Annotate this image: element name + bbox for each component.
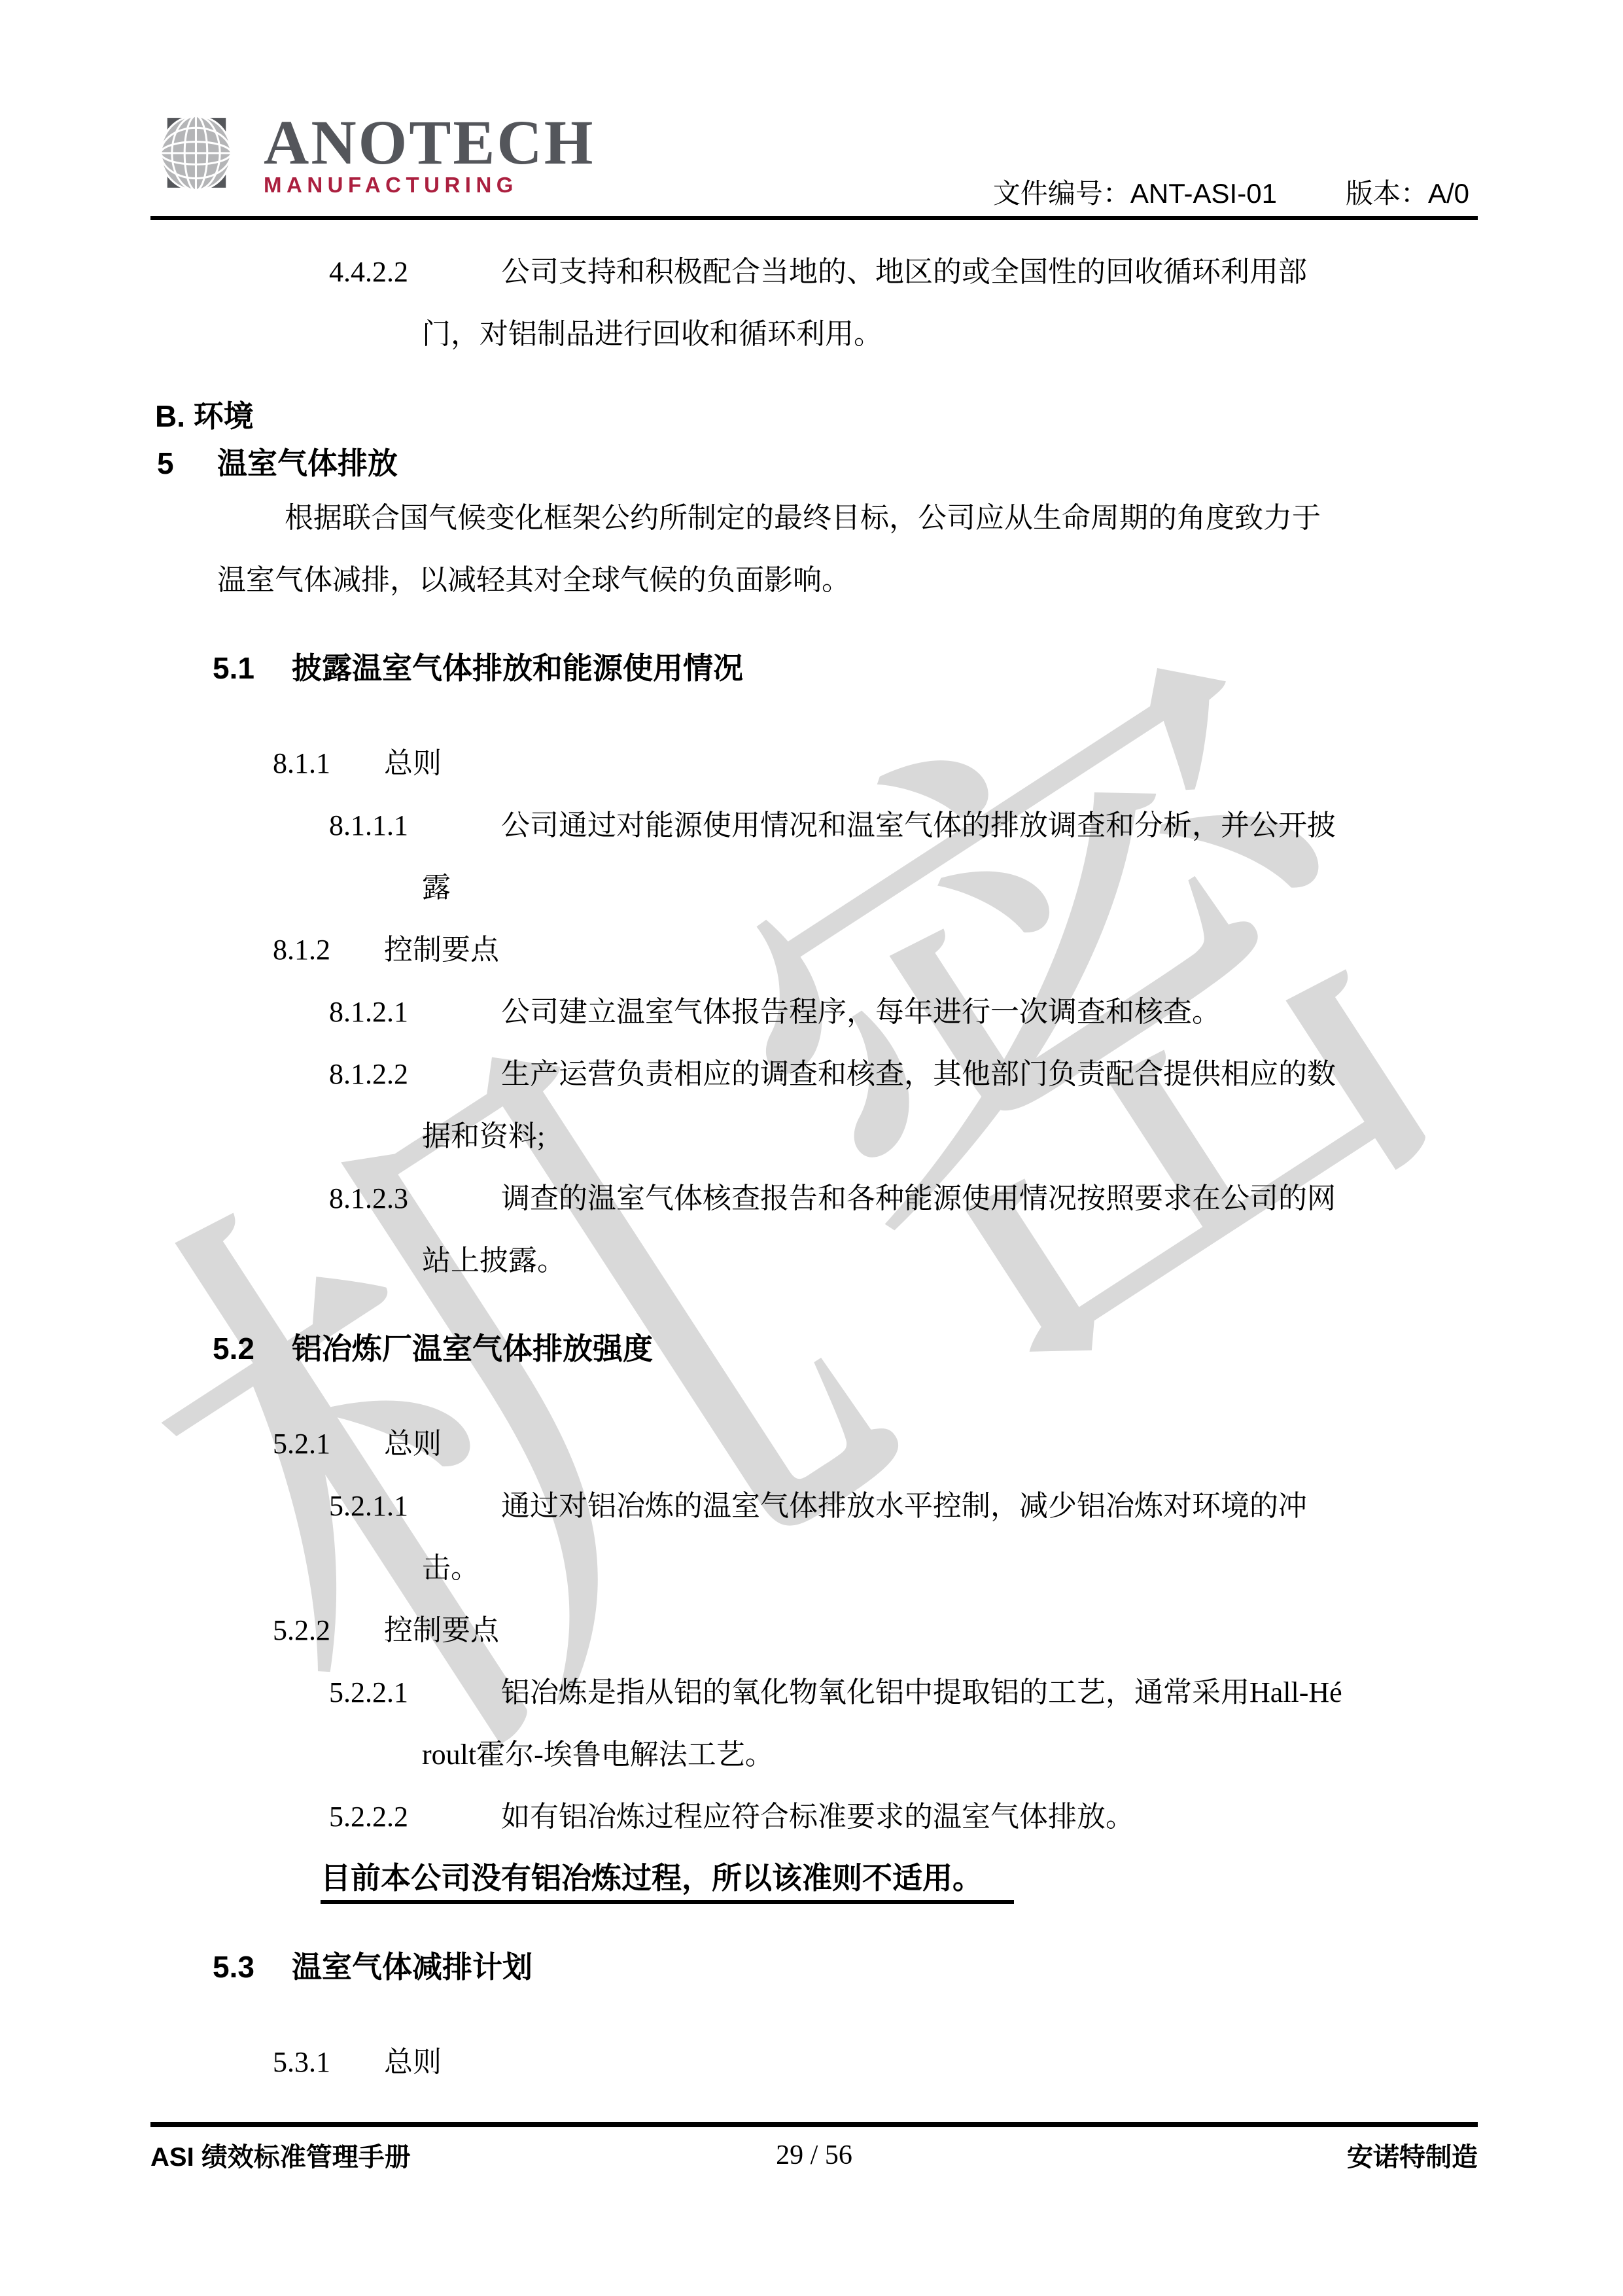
clause-continuation: 击。 [155, 1537, 1476, 1599]
clause-text: 站上披露。 [422, 1245, 566, 1277]
header-rule [150, 216, 1478, 220]
note-text: 目前本公司没有铝冶炼过程，所以该准则不适用。 [321, 1858, 1014, 1904]
doc-number-value: ANT-ASI-01 [1130, 178, 1277, 209]
clause-number: 8.1.2 [273, 919, 384, 981]
clause-number: 5.2.2.2 [329, 1786, 501, 1848]
chapter-number: 5 [157, 440, 217, 487]
clause-number: 8.1.1.1 [329, 794, 501, 857]
clause-text: 通过对铝冶炼的温室气体排放水平控制，减少铝冶炼对环境的冲 [501, 1490, 1307, 1522]
clause-number: 4.4.2.2 [329, 241, 501, 303]
paragraph-text: 温室气体减排，以减轻其对全球气候的负面影响。 [217, 564, 850, 596]
doc-number-label: 文件编号： [993, 178, 1130, 209]
clause-line: 8.1.1.1公司通过对能源使用情况和温室气体的排放调查和分析，并公开披 [155, 794, 1476, 857]
clause-text: 据和资料; [422, 1120, 545, 1152]
page-header: ANOTECH MANUFACTURING 文件编号：ANT-ASI-01版本：… [155, 115, 1476, 198]
clause-number: 5.2.2.1 [329, 1661, 501, 1723]
chapter-heading: 5温室气体排放 [155, 440, 1476, 487]
clause-text: 生产运营负责相应的调查和核查，其他部门负责配合提供相应的数 [501, 1058, 1336, 1090]
clause-text: 总则 [384, 1428, 442, 1460]
clause-number: 5.2.1.1 [329, 1475, 501, 1537]
clause-number: 5.2.1 [273, 1413, 384, 1475]
clause-line: 4.4.2.2公司支持和积极配合当地的、地区的或全国性的回收循环利用部 [155, 241, 1476, 303]
not-applicable-note: 目前本公司没有铝冶炼过程，所以该准则不适用。 [155, 1848, 1476, 1910]
clause-line: 8.1.2.2生产运营负责相应的调查和核查，其他部门负责配合提供相应的数 [155, 1043, 1476, 1105]
clause-text: 公司支持和积极配合当地的、地区的或全国性的回收循环利用部 [501, 256, 1307, 288]
footer-company-name: 安诺特制造 [1347, 2136, 1478, 2174]
clause-number: 8.1.2.1 [329, 981, 501, 1043]
clause-text: 门，对铝制品进行回收和循环利用。 [422, 318, 882, 350]
clause-text: 总则 [384, 2046, 442, 2078]
clause-line: 5.2.2.1铝冶炼是指从铝的氧化物氧化铝中提取铝的工艺，通常采用Hall-Hé [155, 1661, 1476, 1723]
heading-text: 披露温室气体排放和能源使用情况 [292, 651, 743, 685]
paragraph-line: 根据联合国气候变化框架公约所制定的最终目标，公司应从生命周期的角度致力于 [155, 487, 1476, 549]
clause-text: 公司通过对能源使用情况和温室气体的排放调查和分析，并公开披 [501, 809, 1336, 841]
document-page: 机密 ANOTECH MANUFACTURING [0, 0, 1623, 2296]
clause-number: 8.1.2.3 [329, 1167, 501, 1229]
heading-text: 铝冶炼厂温室气体排放强度 [292, 1332, 653, 1366]
clause-line: 5.2.2控制要点 [155, 1599, 1476, 1661]
document-body: 4.4.2.2公司支持和积极配合当地的、地区的或全国性的回收循环利用部 门，对铝… [155, 241, 1476, 2093]
subsection-number: 5.3 [213, 1936, 292, 1998]
clause-text: 如有铝冶炼过程应符合标准要求的温室气体排放。 [501, 1801, 1134, 1833]
clause-line: 5.2.2.2如有铝冶炼过程应符合标准要求的温室气体排放。 [155, 1786, 1476, 1848]
clause-line: 5.3.1总则 [155, 2031, 1476, 2093]
clause-text: 控制要点 [384, 934, 499, 966]
clause-number: 5.2.2 [273, 1599, 384, 1661]
clause-line: 8.1.1总则 [155, 732, 1476, 794]
logo-brand-text: ANOTECH [264, 115, 595, 171]
logo-wordmark: ANOTECH MANUFACTURING [264, 115, 595, 198]
paragraph-text: 根据联合国气候变化框架公约所制定的最终目标，公司应从生命周期的角度致力于 [285, 502, 1321, 534]
heading-text: 温室气体排放 [217, 446, 398, 480]
subsection-heading: 5.1披露温室气体排放和能源使用情况 [155, 637, 1476, 699]
clause-continuation: roult霍尔-埃鲁电解法工艺。 [155, 1723, 1476, 1786]
clause-text: 露 [422, 872, 451, 904]
clause-continuation: 据和资料; [155, 1105, 1476, 1167]
subsection-number: 5.1 [213, 637, 292, 699]
logo-subtitle-text: MANUFACTURING [264, 172, 595, 198]
clause-text: 公司建立温室气体报告程序，每年进行一次调查和核查。 [501, 996, 1221, 1028]
document-meta: 文件编号：ANT-ASI-01版本：A/0 [993, 172, 1469, 211]
clause-text: 控制要点 [384, 1614, 499, 1646]
clause-line: 5.2.1总则 [155, 1413, 1476, 1475]
subsection-heading: 5.2铝冶炼厂温室气体排放强度 [155, 1318, 1476, 1380]
clause-text: 总则 [384, 747, 442, 779]
clause-continuation: 露 [155, 857, 1476, 919]
version-label: 版本： [1346, 178, 1428, 209]
heading-text: 温室气体减排计划 [292, 1950, 532, 1984]
clause-continuation: 站上披露。 [155, 1229, 1476, 1292]
clause-number: 8.1.2.2 [329, 1043, 501, 1105]
footer-manual-title: ASI 绩效标准管理手册 [150, 2136, 411, 2174]
heading-text: B. 环境 [155, 399, 254, 433]
globe-icon [155, 115, 239, 194]
version-value: A/0 [1428, 178, 1469, 209]
subsection-heading: 5.3温室气体减排计划 [155, 1936, 1476, 1998]
clause-line: 8.1.2.3调查的温室气体核查报告和各种能源使用情况按照要求在公司的网 [155, 1167, 1476, 1229]
paragraph-line: 温室气体减排，以减轻其对全球气候的负面影响。 [155, 549, 1476, 611]
subsection-number: 5.2 [213, 1318, 292, 1380]
page-footer: ASI 绩效标准管理手册 29 / 56 安诺特制造 [150, 2122, 1478, 2174]
clause-line: 8.1.2控制要点 [155, 919, 1476, 981]
clause-text: roult霍尔-埃鲁电解法工艺。 [422, 1739, 774, 1771]
clause-number: 8.1.1 [273, 732, 384, 794]
clause-continuation: 门，对铝制品进行回收和循环利用。 [155, 303, 1476, 365]
clause-line: 8.1.2.1公司建立温室气体报告程序，每年进行一次调查和核查。 [155, 981, 1476, 1043]
clause-text: 铝冶炼是指从铝的氧化物氧化铝中提取铝的工艺，通常采用Hall-Hé [501, 1676, 1342, 1708]
section-heading-environment: B. 环境 [155, 393, 1476, 440]
clause-text: 调查的温室气体核查报告和各种能源使用情况按照要求在公司的网 [501, 1182, 1336, 1214]
clause-number: 5.3.1 [273, 2031, 384, 2093]
clause-line: 5.2.1.1通过对铝冶炼的温室气体排放水平控制，减少铝冶炼对环境的冲 [155, 1475, 1476, 1537]
clause-text: 击。 [422, 1552, 480, 1584]
